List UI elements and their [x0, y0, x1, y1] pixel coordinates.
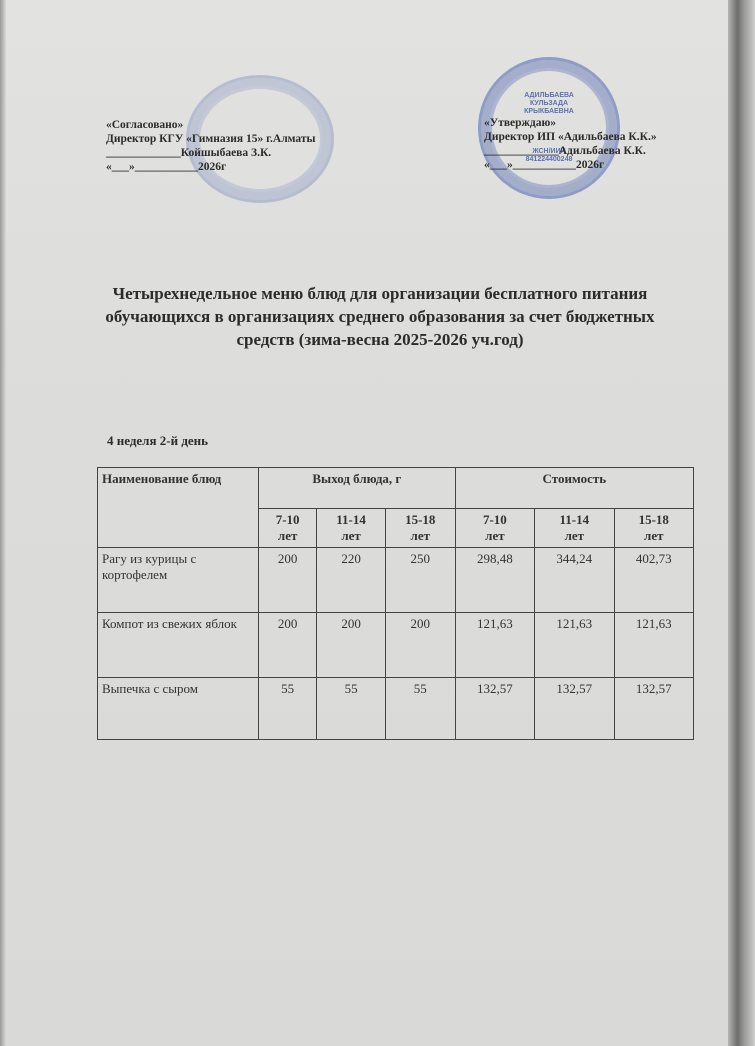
cost-cell: 132,57 [614, 678, 693, 740]
column-header-age-group: 11-14лет [317, 509, 386, 548]
dish-name-cell: Рагу из курицы с кортофелем [98, 548, 259, 613]
seal-text: КУЛЬЗАДА [481, 100, 617, 108]
table-body: Рагу из курицы с кортофелем200220250298,… [98, 548, 694, 740]
approval-date-line: «___»___________2026г [106, 160, 315, 174]
age-range: 15-18 [619, 512, 689, 528]
page-right-shadow [728, 0, 755, 1046]
yield-cell: 55 [385, 678, 455, 740]
table-row: Рагу из курицы с кортофелем200220250298,… [98, 548, 694, 613]
approval-director: Директор ИП «Адильбаева К.К.» [484, 130, 657, 144]
cost-cell: 121,63 [455, 613, 534, 678]
yield-cell: 220 [317, 548, 386, 613]
cost-cell: 132,57 [455, 678, 534, 740]
yield-cell: 200 [259, 613, 317, 678]
approval-heading: «Согласовано» [106, 118, 315, 132]
column-header-age-group: 15-18лет [385, 509, 455, 548]
column-header-age-group: 7-10лет [455, 509, 534, 548]
column-group-cost: Стоимость [455, 468, 693, 509]
approval-date-line: «___»___________2026г [484, 158, 657, 172]
yield-cell: 200 [317, 613, 386, 678]
table-header-row: Наименование блюд Выход блюда, г Стоимос… [98, 468, 694, 509]
column-header-age-group: 7-10лет [259, 509, 317, 548]
yield-cell: 200 [259, 548, 317, 613]
yield-cell: 55 [317, 678, 386, 740]
menu-table: Наименование блюд Выход блюда, г Стоимос… [97, 467, 694, 740]
approval-block-agreed: «Согласовано» Директор КГУ «Гимназия 15»… [106, 118, 315, 174]
age-unit: лет [460, 528, 530, 544]
column-header-dish-name: Наименование блюд [98, 468, 259, 548]
column-header-age-group: 15-18лет [614, 509, 693, 548]
dish-name-cell: Компот из свежих яблок [98, 613, 259, 678]
age-range: 15-18 [390, 512, 451, 528]
approval-signature-line: _____________Адильбаева К.К. [484, 144, 657, 158]
age-unit: лет [263, 528, 312, 544]
age-range: 7-10 [460, 512, 530, 528]
document-title: Четырехнедельное меню блюд для организац… [100, 282, 660, 351]
cost-cell: 121,63 [535, 613, 614, 678]
age-range: 11-14 [321, 512, 381, 528]
age-unit: лет [539, 528, 609, 544]
yield-cell: 55 [259, 678, 317, 740]
age-unit: лет [321, 528, 381, 544]
week-day-label: 4 неделя 2-й день [107, 433, 208, 449]
age-unit: лет [619, 528, 689, 544]
cost-cell: 402,73 [614, 548, 693, 613]
age-unit: лет [390, 528, 451, 544]
dish-name-cell: Выпечка с сыром [98, 678, 259, 740]
table-row: Выпечка с сыром555555132,57132,57132,57 [98, 678, 694, 740]
approval-director: Директор КГУ «Гимназия 15» г.Алматы [106, 132, 315, 146]
cost-cell: 344,24 [535, 548, 614, 613]
seal-text: АДИЛЬБАЕВА [481, 92, 617, 100]
yield-cell: 200 [385, 613, 455, 678]
yield-cell: 250 [385, 548, 455, 613]
page-left-edge [0, 0, 6, 1046]
age-range: 7-10 [263, 512, 312, 528]
cost-cell: 121,63 [614, 613, 693, 678]
column-header-age-group: 11-14лет [535, 509, 614, 548]
cost-cell: 298,48 [455, 548, 534, 613]
approval-signature-line: _____________Койшыбаева З.К. [106, 146, 315, 160]
age-range: 11-14 [539, 512, 609, 528]
column-group-yield: Выход блюда, г [259, 468, 456, 509]
table-row: Компот из свежих яблок200200200121,63121… [98, 613, 694, 678]
cost-cell: 132,57 [535, 678, 614, 740]
approval-heading: «Утверждаю» [484, 116, 657, 130]
seal-text: КРЫКБАЕВНА [481, 108, 617, 116]
approval-block-approved: «Утверждаю» Директор ИП «Адильбаева К.К.… [484, 116, 657, 172]
